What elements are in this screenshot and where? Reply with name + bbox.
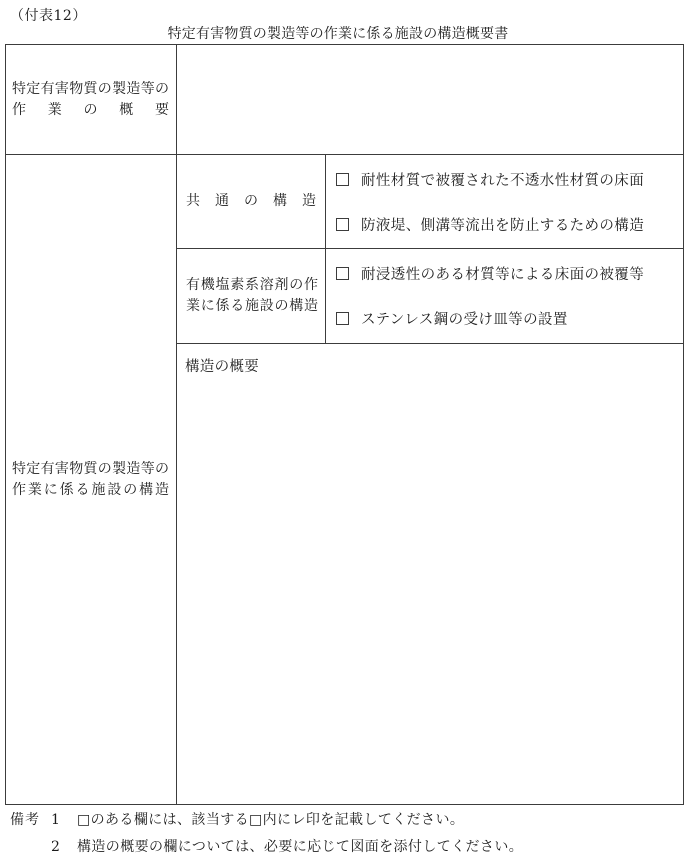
checkbox-icon[interactable] [336, 218, 349, 231]
form-table: 特定有害物質の製造等の 作業の概要 特定有害物質の製造等の 作業に係る施設の構造… [5, 44, 684, 805]
work-summary-field[interactable] [177, 45, 683, 155]
checkbox-label: ステンレス鋼の受け皿等の設置 [361, 308, 568, 329]
checkbox-icon[interactable] [336, 173, 349, 186]
checkbox-icon[interactable] [336, 267, 349, 280]
checkbox-item: 耐性材質で被覆された不透水性材質の床面 [336, 169, 683, 190]
organochlorine-items-cell: 耐浸透性のある材質等による床面の被覆等 ステンレス鋼の受け皿等の設置 [326, 249, 683, 344]
facility-structure-header: 特定有害物質の製造等の 作業に係る施設の構造 [12, 459, 169, 501]
remarks-label: 備考 [10, 807, 51, 834]
checkbox-label: 耐浸透性のある材質等による床面の被覆等 [361, 263, 644, 284]
header-line: 作業の概要 [12, 100, 169, 121]
common-structure-label-cell: 共通の構造 [177, 155, 326, 249]
remark-number: 2 [51, 834, 77, 861]
facility-structure-header-cell: 特定有害物質の製造等の 作業に係る施設の構造 [6, 155, 177, 804]
work-summary-header-cell: 特定有害物質の製造等の 作業の概要 [6, 45, 177, 155]
header-line: 特定有害物質の製造等の [12, 459, 169, 480]
organochlorine-label-cell: 有機塩素系溶剤の作 業に係る施設の構造 [177, 249, 326, 344]
remark-text: □のある欄には、該当する□内にレ印を記載してください。 [77, 807, 464, 834]
remarks-label-spacer [10, 834, 51, 861]
checkbox-icon[interactable] [336, 312, 349, 325]
common-structure-items-cell: 耐性材質で被覆された不透水性材質の床面 防液堤、側溝等流出を防止するための構造 [326, 155, 683, 249]
checkbox-item: 耐浸透性のある材質等による床面の被覆等 [336, 263, 683, 284]
section-label-line: 共通の構造 [186, 191, 316, 212]
checkbox-label: 耐性材質で被覆された不透水性材質の床面 [361, 169, 644, 190]
remark-row: 2 構造の概要の欄については、必要に応じて図面を添付してください。 [10, 834, 523, 861]
checkbox-label: 防液堤、側溝等流出を防止するための構造 [361, 214, 644, 235]
remark-number: 1 [51, 807, 77, 834]
remarks: 備考 1 □のある欄には、該当する□内にレ印を記載してください。 2 構造の概要… [10, 807, 523, 861]
checkbox-list: 耐浸透性のある材質等による床面の被覆等 ステンレス鋼の受け皿等の設置 [326, 249, 683, 343]
structure-summary-label: 構造の概要 [185, 359, 259, 375]
checkbox-list: 耐性材質で被覆された不透水性材質の床面 防液堤、側溝等流出を防止するための構造 [326, 155, 683, 248]
header-line: 特定有害物質の製造等の [12, 79, 169, 100]
section-label-line: 有機塩素系溶剤の作 [186, 275, 318, 296]
organochlorine-label: 有機塩素系溶剤の作 業に係る施設の構造 [186, 275, 318, 317]
structure-summary-field[interactable]: 構造の概要 [177, 344, 683, 804]
section-label-line: 業に係る施設の構造 [186, 296, 318, 317]
header-line: 作業に係る施設の構造 [12, 480, 169, 501]
common-structure-label: 共通の構造 [186, 191, 316, 212]
remark-row: 備考 1 □のある欄には、該当する□内にレ印を記載してください。 [10, 807, 523, 834]
checkbox-item: 防液堤、側溝等流出を防止するための構造 [336, 214, 683, 235]
work-summary-header: 特定有害物質の製造等の 作業の概要 [12, 79, 169, 121]
page-title: 特定有害物質の製造等の作業に係る施設の構造概要書 [0, 23, 676, 43]
appendix-label: （付表12） [10, 5, 87, 25]
remark-text: 構造の概要の欄については、必要に応じて図面を添付してください。 [77, 834, 523, 861]
checkbox-item: ステンレス鋼の受け皿等の設置 [336, 308, 683, 329]
